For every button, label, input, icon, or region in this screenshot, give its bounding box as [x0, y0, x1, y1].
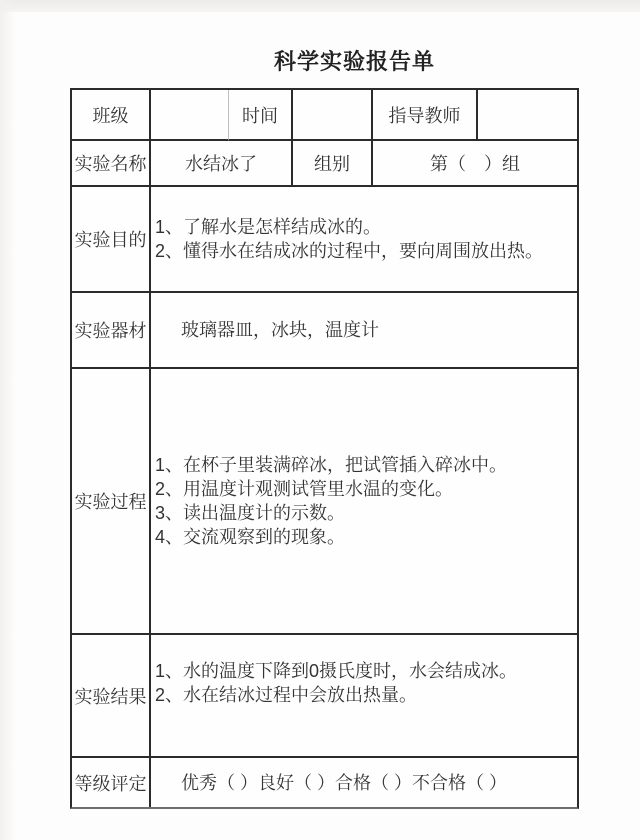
report-table: 班级 时间 指导教师 实验名称 水结冰了 组别 第（ ）组 实验目的 1、了解水… — [70, 88, 579, 809]
materials-label: 实验器材 — [72, 293, 151, 369]
time-label: 时间 — [229, 90, 293, 141]
result-label: 实验结果 — [72, 635, 151, 758]
process-line-2: 2、用温度计观测试管里水温的变化。 — [155, 477, 453, 501]
grade-label: 等级评定 — [72, 758, 151, 807]
scanned-report-page: 科学实验报告单 班级 时间 指导教师 实验名称 水结冰了 组别 第（ ）组 实验… — [0, 0, 640, 840]
purpose-label: 实验目的 — [72, 187, 151, 293]
experiment-name-value: 水结冰了 — [151, 141, 293, 187]
grade-options: 优秀（ ）良好（ ）合格（ ）不合格（ ） — [181, 771, 507, 795]
class-label: 班级 — [72, 90, 151, 141]
group-value: 第（ ）组 — [373, 141, 577, 187]
result-content: 1、水的温度下降到0摄氏度时，水会结成冰。 2、水在结冰过程中会放出热量。 — [151, 635, 577, 758]
purpose-line-1: 1、了解水是怎样结成冰的。 — [155, 215, 381, 239]
page-title: 科学实验报告单 — [274, 45, 435, 76]
process-line-4: 4、交流观察到的现象。 — [155, 525, 345, 549]
result-line-2: 2、水在结冰过程中会放出热量。 — [155, 683, 417, 707]
scan-edge-top — [0, 0, 640, 12]
process-line-1: 1、在杯子里装满碎冰，把试管插入碎冰中。 — [155, 453, 507, 477]
process-line-3: 3、读出温度计的示数。 — [155, 501, 345, 525]
class-value-cell — [151, 90, 229, 141]
teacher-label: 指导教师 — [373, 90, 478, 141]
grade-content: 优秀（ ）良好（ ）合格（ ）不合格（ ） — [151, 758, 577, 807]
process-content: 1、在杯子里装满碎冰，把试管插入碎冰中。 2、用温度计观测试管里水温的变化。 3… — [151, 369, 577, 635]
materials-line-1: 玻璃器皿，冰块，温度计 — [181, 318, 379, 342]
process-label: 实验过程 — [72, 369, 151, 635]
group-label: 组别 — [293, 141, 373, 187]
scan-edge-left — [0, 0, 16, 840]
time-value-cell — [293, 90, 373, 141]
experiment-name-label: 实验名称 — [72, 141, 151, 187]
teacher-value-cell — [478, 90, 577, 141]
purpose-content: 1、了解水是怎样结成冰的。 2、懂得水在结成冰的过程中，要向周围放出热。 — [151, 187, 577, 293]
result-line-1: 1、水的温度下降到0摄氏度时，水会结成冰。 — [155, 659, 517, 683]
materials-content: 玻璃器皿，冰块，温度计 — [151, 293, 577, 369]
purpose-line-2: 2、懂得水在结成冰的过程中，要向周围放出热。 — [155, 239, 543, 263]
